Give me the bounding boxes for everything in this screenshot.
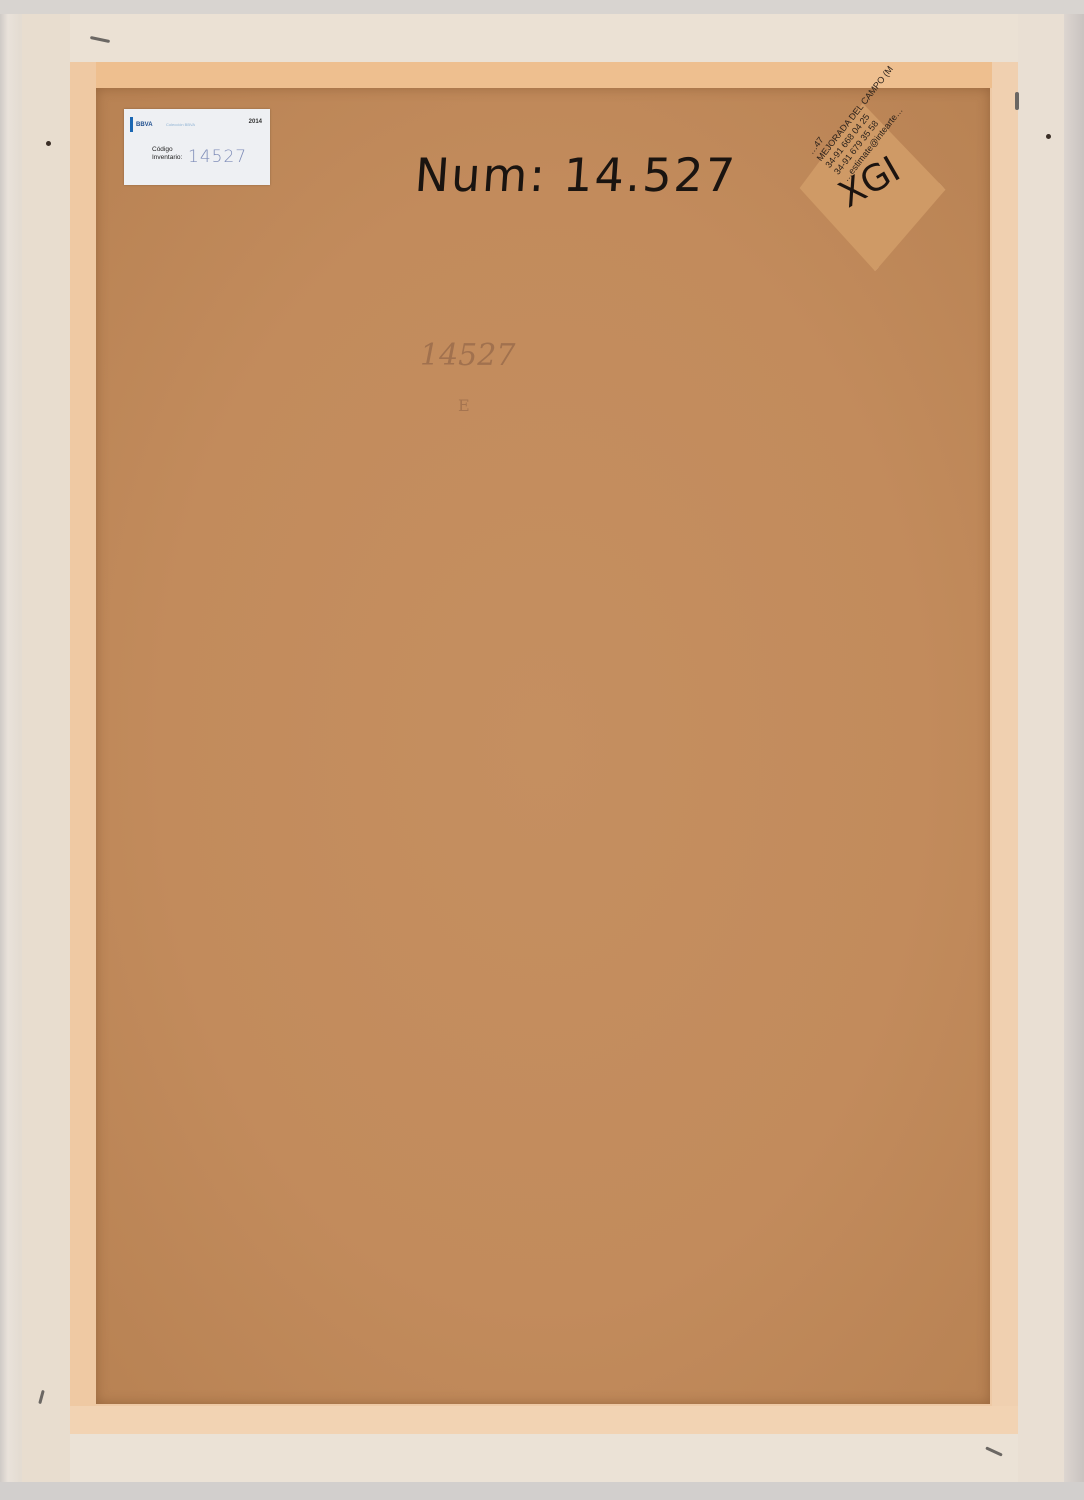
pencil-mark: E xyxy=(458,396,470,415)
handwritten-marker-number: Num: 14.527 xyxy=(413,148,738,202)
rebate-left xyxy=(70,62,96,1434)
screw-hole-icon xyxy=(1046,134,1051,139)
rebate-right xyxy=(992,62,1018,1434)
frame-bottom-edge xyxy=(0,1482,1084,1500)
screw-hole-icon xyxy=(46,141,51,146)
inventory-label: BBVA Colección BBVA 2014 Código Inventar… xyxy=(124,109,270,185)
stretcher-bar-right xyxy=(1018,14,1064,1482)
label-inventory-code: 14527 xyxy=(188,147,247,167)
label-brand: BBVA xyxy=(136,122,153,128)
label-field-name: Código Inventario: xyxy=(152,146,192,162)
rebate-bottom xyxy=(70,1406,1018,1434)
pencil-number: 14527 xyxy=(420,338,515,373)
label-year: 2014 xyxy=(249,119,262,125)
frame-top-edge xyxy=(0,0,1084,14)
staple-icon xyxy=(1015,92,1019,110)
backing-board xyxy=(96,88,990,1404)
stretcher-bar-bottom xyxy=(22,1434,1062,1482)
label-subtitle: Colección BBVA xyxy=(166,122,195,127)
brand-bar-icon xyxy=(130,117,133,132)
stretcher-bar-left xyxy=(22,14,70,1482)
